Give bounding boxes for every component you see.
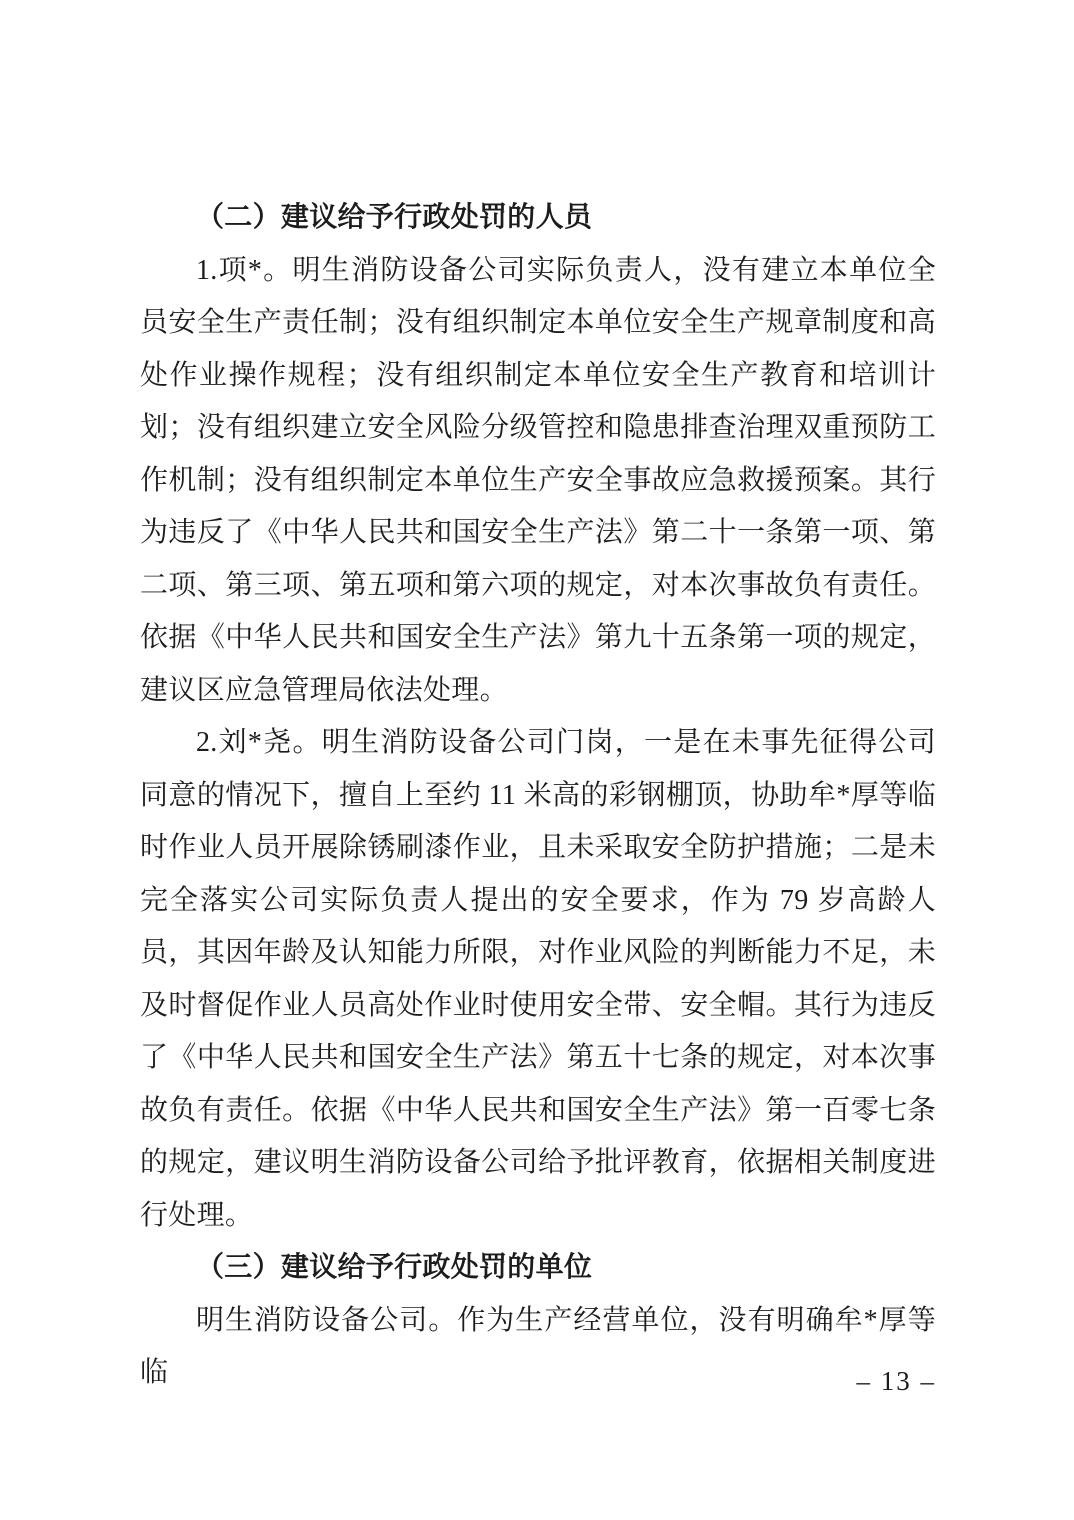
paragraph-person-1: 1.项*。明生消防设备公司实际负责人，没有建立本单位全员安全生产责任制；没有组织… [140,245,936,718]
document-body: （二）建议给予行政处罚的人员 1.项*。明生消防设备公司实际负责人，没有建立本单… [140,192,936,1400]
section-heading-2: （二）建议给予行政处罚的人员 [140,192,936,245]
section-heading-3: （三）建议给予行政处罚的单位 [140,1242,936,1295]
paragraph-person-2: 2.刘*尧。明生消防设备公司门岗，一是在未事先征得公司同意的情况下，擅自上至约 … [140,717,936,1242]
document-page: （二）建议给予行政处罚的人员 1.项*。明生消防设备公司实际负责人，没有建立本单… [0,0,1074,1520]
page-number: – 13 – [857,1364,937,1398]
paragraph-unit-1: 明生消防设备公司。作为生产经营单位，没有明确牟*厚等临 [140,1295,936,1400]
